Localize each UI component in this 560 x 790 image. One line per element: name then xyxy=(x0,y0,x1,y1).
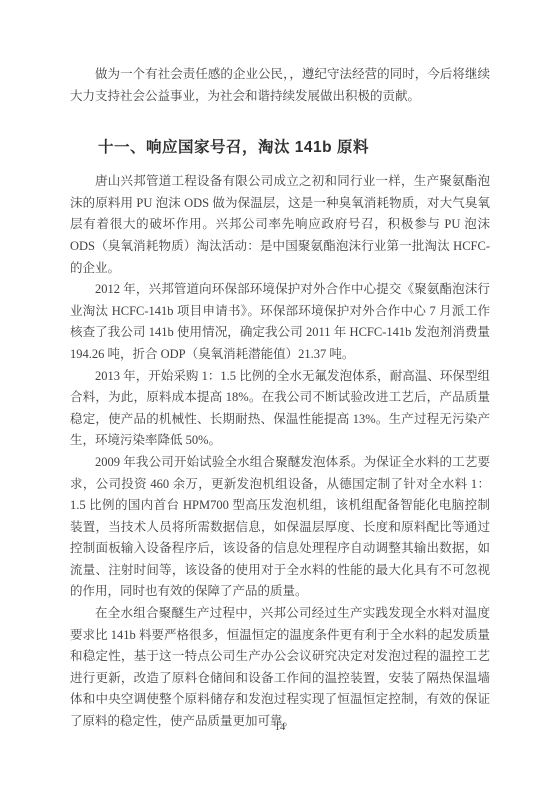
section-heading: 十一、响应国家号召，淘汰 141b 原料 xyxy=(70,138,490,158)
intro-paragraph: 做为一个有社会责任感的企业公民，，遵纪守法经营的同时，今后将继续大力支持社会公益… xyxy=(70,64,490,107)
section-paragraph-2: 2012 年，兴邦管道向环保部环境保护对外合作中心提交《聚氨酯泡沫行业淘汰 HC… xyxy=(70,279,490,365)
document-page: 做为一个有社会责任感的企业公民，，遵纪守法经营的同时，今后将继续大力支持社会公益… xyxy=(0,0,560,790)
section-paragraph-3: 2013 年，开始采购 1：1.5 比例的全水无氟发泡体系，耐高温、环保型组合料… xyxy=(70,366,490,452)
section-paragraph-1: 唐山兴邦管道工程设备有限公司成立之初和同行业一样，生产聚氨酯泡沫的原料用 PU … xyxy=(70,171,490,279)
section-paragraph-5: 在全水组合聚醚生产过程中，兴邦公司经过生产实践发现全水料对温度要求比 141b … xyxy=(70,603,490,733)
section-paragraph-4: 2009 年我公司开始试验全水组合聚醚发泡体系。为保证全水料的工艺要求，公司投资… xyxy=(70,452,490,603)
page-number: 14 xyxy=(0,721,560,735)
